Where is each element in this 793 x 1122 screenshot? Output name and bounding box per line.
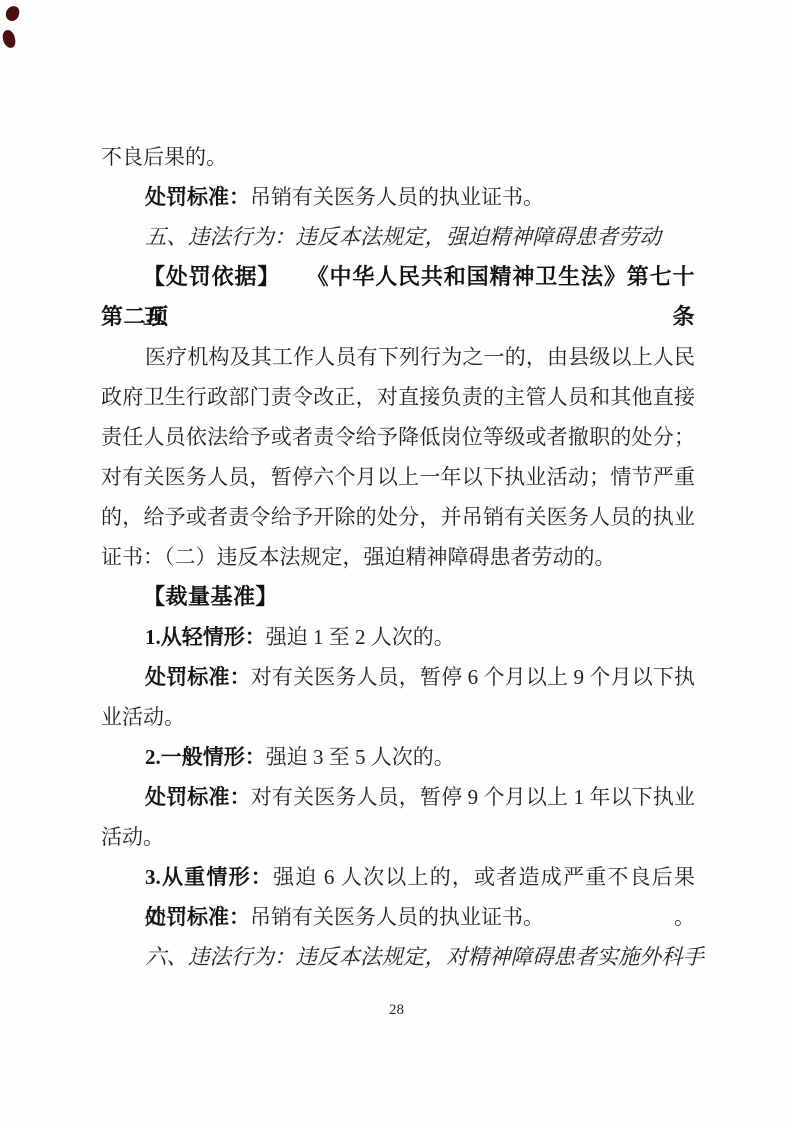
law-text-line: 医疗机构及其工作人员有下列行为之一的，由县级以上人民 bbox=[101, 337, 695, 377]
line-text: 吊销有关医务人员的执业证书。 bbox=[250, 905, 544, 929]
ink-stain-icon bbox=[2, 29, 17, 49]
severe-case-line: 3.从重情形：强迫 6 人次以上的，或者造成严重不良后果的。 bbox=[101, 857, 695, 897]
line-text: 责任人员依法给予或者责令给予降低岗位等级或者撤职的处分； bbox=[101, 425, 695, 449]
page-number: 28 bbox=[0, 995, 793, 1025]
line-text: 业活动。 bbox=[101, 705, 185, 729]
continuation-line: 不良后果的。 bbox=[101, 137, 695, 177]
general-case-line: 2.一般情形：强迫 3 至 5 人次的。 bbox=[101, 737, 695, 777]
line-text: 吊销有关医务人员的执业证书。 bbox=[250, 185, 544, 209]
line-text: 强迫 3 至 5 人次的。 bbox=[266, 745, 455, 769]
line-label: 处罚标准： bbox=[145, 785, 251, 809]
line-text: 对有关医务人员，暂停六个月以上一年以下执业活动；情节严重 bbox=[101, 465, 695, 489]
violation-heading-line: 五、违法行为：违反本法规定，强迫精神障碍患者劳动 bbox=[101, 217, 695, 257]
line-text: 政府卫生行政部门责令改正，对直接负责的主管人员和其他直接 bbox=[101, 385, 695, 409]
ink-stain-icon bbox=[5, 5, 21, 22]
penalty-basis-heading: 【处罚依据】《中华人民共和国精神卫生法》第七十五条 bbox=[101, 257, 695, 297]
line-text: 不良后果的。 bbox=[101, 145, 227, 169]
penalty-standard-continuation: 业活动。 bbox=[101, 697, 695, 737]
law-text-line: 政府卫生行政部门责令改正，对直接负责的主管人员和其他直接 bbox=[101, 377, 695, 417]
line-text: 医疗机构及其工作人员有下列行为之一的，由县级以上人民 bbox=[145, 345, 695, 369]
line-text: 第二项 bbox=[101, 304, 169, 329]
discretion-benchmark-heading: 【裁量基准】 bbox=[101, 577, 695, 617]
penalty-standard-line: 处罚标准：对有关医务人员，暂停 6 个月以上 9 个月以下执 bbox=[101, 657, 695, 697]
line-label: 处罚标准： bbox=[145, 665, 251, 689]
penalty-standard-continuation: 活动。 bbox=[101, 817, 695, 857]
line-label: 处罚标准： bbox=[145, 905, 250, 929]
line-label: 3.从重情形： bbox=[145, 865, 273, 889]
law-text-line: 证书：（二）违反本法规定，强迫精神障碍患者劳动的。 bbox=[101, 537, 695, 577]
law-text-line: 责任人员依法给予或者责令给予降低岗位等级或者撤职的处分； bbox=[101, 417, 695, 457]
violation-heading-line: 六、违法行为：违反本法规定，对精神障碍患者实施外科手 bbox=[101, 937, 695, 977]
penalty-standard-line: 处罚标准：吊销有关医务人员的执业证书。 bbox=[101, 177, 695, 217]
line-text: 【裁量基准】 bbox=[143, 584, 278, 609]
line-text: 六、违法行为：违反本法规定，对精神障碍患者实施外科手 bbox=[145, 945, 704, 969]
line-text: 的，给予或者责令给予开除的处分，并吊销有关医务人员的执业 bbox=[101, 505, 695, 529]
law-text-line: 的，给予或者责令给予开除的处分，并吊销有关医务人员的执业 bbox=[101, 497, 695, 537]
line-label: 1.从轻情形： bbox=[145, 625, 266, 649]
line-text: 强迫 1 至 2 人次的。 bbox=[266, 625, 455, 649]
line-label: 处罚标准： bbox=[145, 185, 250, 209]
law-text-line: 对有关医务人员，暂停六个月以上一年以下执业活动；情节严重 bbox=[101, 457, 695, 497]
line-text: 对有关医务人员，暂停 6 个月以上 9 个月以下执 bbox=[251, 665, 695, 689]
line-label: 2.一般情形： bbox=[145, 745, 266, 769]
document-page: 不良后果的。 处罚标准：吊销有关医务人员的执业证书。 五、违法行为：违反本法规定… bbox=[0, 0, 793, 1122]
line-text: 五、违法行为：违反本法规定，强迫精神障碍患者劳动 bbox=[145, 225, 661, 249]
text-block: 不良后果的。 处罚标准：吊销有关医务人员的执业证书。 五、违法行为：违反本法规定… bbox=[101, 137, 695, 977]
line-text: 证书：（二）违反本法规定，强迫精神障碍患者劳动的。 bbox=[101, 545, 616, 569]
line-text: 对有关医务人员，暂停 9 个月以上 1 年以下执业 bbox=[251, 785, 695, 809]
line-label: 【处罚依据】 bbox=[143, 264, 280, 289]
line-text: 活动。 bbox=[101, 825, 164, 849]
penalty-standard-line: 处罚标准：对有关医务人员，暂停 9 个月以上 1 年以下执业 bbox=[101, 777, 695, 817]
lenient-case-line: 1.从轻情形：强迫 1 至 2 人次的。 bbox=[101, 617, 695, 657]
